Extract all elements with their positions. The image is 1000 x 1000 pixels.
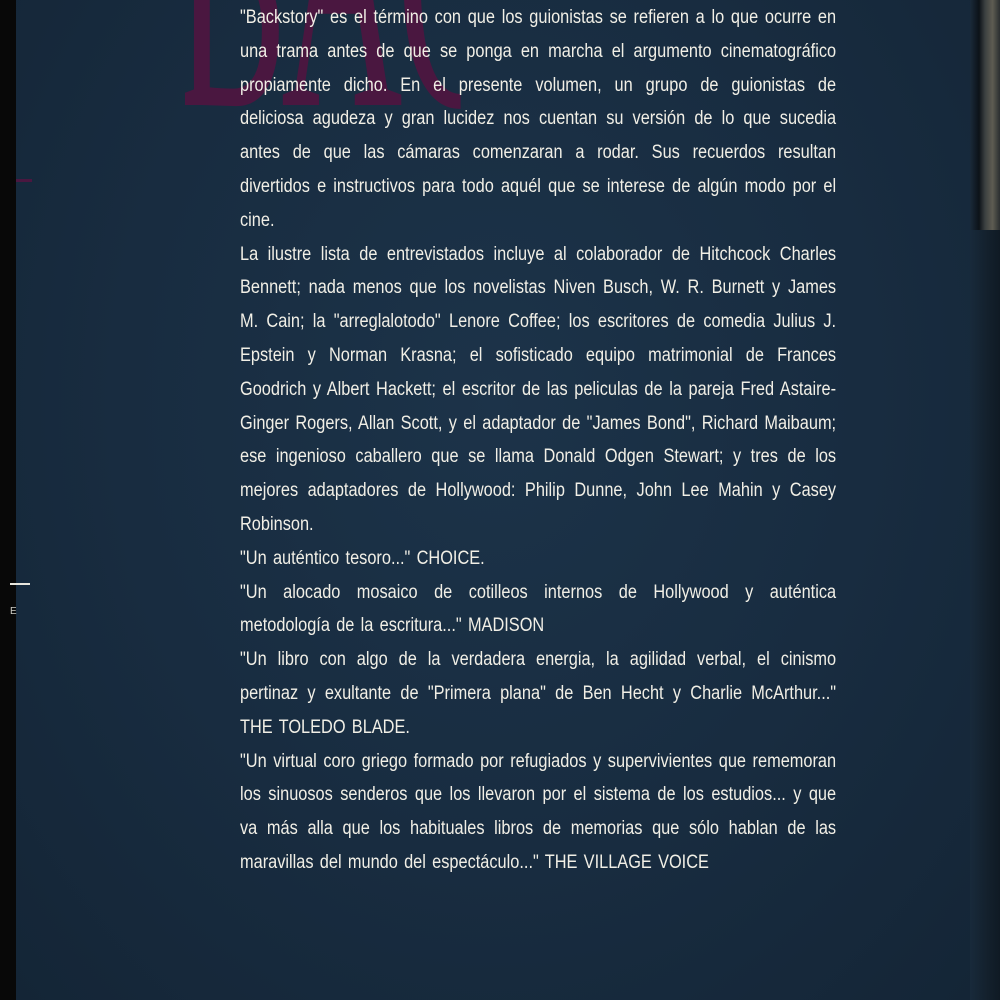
watermark-fragment [16, 179, 32, 182]
margin-dash [10, 583, 30, 585]
page-edge [970, 0, 1000, 1000]
review-quote-village-voice: "Un virtual coro griego formado por refu… [240, 745, 836, 880]
review-quote-toledo-blade: "Un libro con algo de la verdadera energ… [240, 643, 836, 744]
margin-letter: E [10, 606, 17, 617]
blurb-text: "Backstory" es el término con que los gu… [240, 0, 836, 880]
review-quote-choice: "Un auténtico tesoro..." CHOICE. [240, 542, 836, 576]
review-quote-madison: "Un alocado mosaico de cotilleos interno… [240, 576, 836, 644]
interviewees-paragraph: La ilustre lista de entrevistados incluy… [240, 238, 836, 542]
intro-paragraph: "Backstory" es el término con que los gu… [240, 1, 836, 238]
book-spine-shadow [0, 0, 16, 1000]
